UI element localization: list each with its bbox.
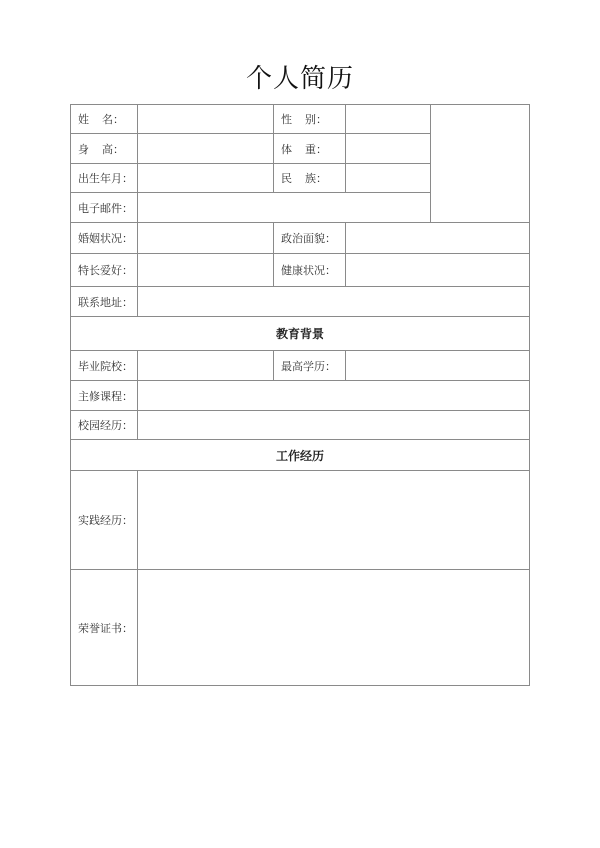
gender-field[interactable] (345, 104, 431, 134)
weight-label: 体重： (273, 133, 346, 164)
honors-field[interactable] (137, 569, 530, 686)
page-title: 个人简历 (0, 58, 600, 95)
degree-label: 最高学历： (273, 350, 346, 381)
education-section-title: 教育背景 (70, 316, 530, 351)
weight-label-b: 重： (305, 141, 327, 157)
political-label: 政治面貌： (273, 222, 346, 254)
weight-field[interactable] (345, 133, 431, 164)
gender-label-b: 别： (305, 111, 327, 127)
ethnicity-label-b: 族： (305, 170, 327, 186)
email-label: 电子邮件： (70, 192, 138, 223)
photo-box[interactable] (430, 104, 530, 223)
work-section-title: 工作经历 (70, 439, 530, 471)
hobbies-field[interactable] (137, 253, 274, 287)
gender-label: 性别： (273, 104, 346, 134)
name-field[interactable] (137, 104, 274, 134)
name-label: 姓名： (70, 104, 138, 134)
ethnicity-field[interactable] (345, 163, 431, 193)
weight-label-a: 体 (281, 141, 292, 157)
birth-label: 出生年月： (70, 163, 138, 193)
name-label-b: 名： (102, 111, 124, 127)
address-field[interactable] (137, 286, 530, 317)
height-field[interactable] (137, 133, 274, 164)
height-label-b: 高： (102, 141, 124, 157)
political-field[interactable] (345, 222, 530, 254)
resume-table: 姓名： 性别： 身高： 体重： 出生年月： 民族： 电子邮件： 婚姻状况： 政治… (70, 104, 530, 686)
height-label-a: 身 (78, 141, 89, 157)
honors-label: 荣誉证书： (70, 569, 138, 686)
marital-field[interactable] (137, 222, 274, 254)
courses-label: 主修课程： (70, 380, 138, 411)
name-label-a: 姓 (78, 111, 89, 127)
gender-label-a: 性 (281, 111, 292, 127)
health-label: 健康状况： (273, 253, 346, 287)
practice-field[interactable] (137, 470, 530, 570)
health-field[interactable] (345, 253, 530, 287)
degree-field[interactable] (345, 350, 530, 381)
school-label: 毕业院校： (70, 350, 138, 381)
email-field[interactable] (137, 192, 431, 223)
height-label: 身高： (70, 133, 138, 164)
address-label: 联系地址： (70, 286, 138, 317)
ethnicity-label: 民族： (273, 163, 346, 193)
marital-label: 婚姻状况： (70, 222, 138, 254)
ethnicity-label-a: 民 (281, 170, 292, 186)
school-field[interactable] (137, 350, 274, 381)
birth-field[interactable] (137, 163, 274, 193)
practice-label: 实践经历： (70, 470, 138, 570)
campus-field[interactable] (137, 410, 530, 440)
hobbies-label: 特长爱好： (70, 253, 138, 287)
courses-field[interactable] (137, 380, 530, 411)
campus-label: 校园经历： (70, 410, 138, 440)
